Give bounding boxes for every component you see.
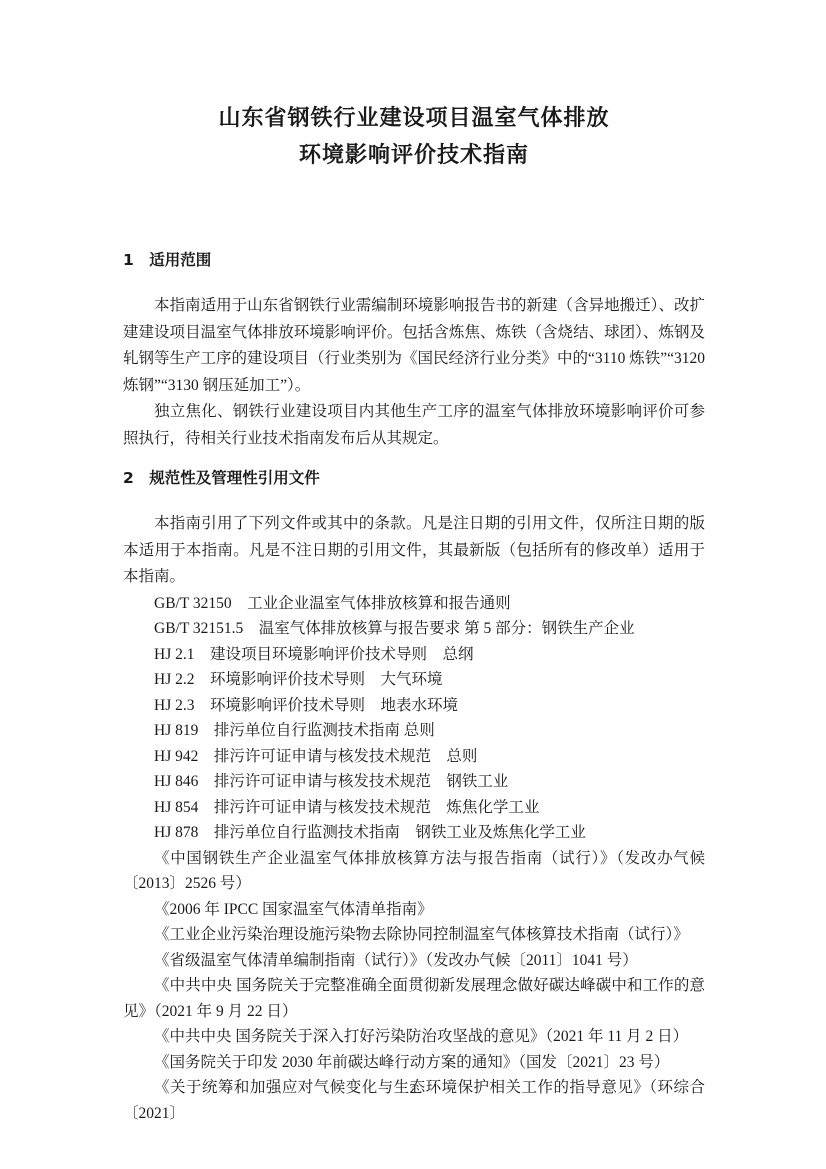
reference-item: 《中共中央 国务院关于完整准确全面贯彻新发展理念做好碳达峰碳中和工作的意见》（2… <box>123 973 705 1024</box>
section-1-paragraph-1: 本指南适用于山东省钢铁行业需编制环境影响报告书的新建（含异地搬迁）、改扩建建设项… <box>123 293 705 399</box>
reference-item: 《工业企业污染治理设施污染物去除协同控制温室气体核算技术指南（试行）》 <box>123 922 705 948</box>
reference-item: HJ 2.1 建设项目环境影响评价技术导则 总纲 <box>123 642 705 668</box>
page-number: 2 <box>0 1081 826 1099</box>
section-2-intro: 本指南引用了下列文件或其中的条款。凡是注日期的引用文件，仅所注日期的版本适用于本… <box>123 511 705 591</box>
reference-item: HJ 846 排污许可证申请与核发技术规范 钢铁工业 <box>123 769 705 795</box>
reference-item: 《中国钢铁生产企业温室气体排放核算方法与报告指南（试行）》（发改办气候〔2013… <box>123 846 705 897</box>
document-title-line1: 山东省钢铁行业建设项目温室气体排放 <box>123 100 705 137</box>
reference-item: HJ 942 排污许可证申请与核发技术规范 总则 <box>123 744 705 770</box>
section-1-paragraph-2: 独立焦化、钢铁行业建设项目内其他生产工序的温室气体排放环境影响评价可参照执行，待… <box>123 399 705 452</box>
document-title: 山东省钢铁行业建设项目温室气体排放 环境影响评价技术指南 <box>123 100 705 174</box>
document-page: 山东省钢铁行业建设项目温室气体排放 环境影响评价技术指南 1 适用范围 本指南适… <box>0 0 826 1169</box>
section-2-heading: 2 规范性及管理性引用文件 <box>123 468 705 489</box>
reference-item: HJ 2.2 环境影响评价技术导则 大气环境 <box>123 667 705 693</box>
reference-item: HJ 878 排污单位自行监测技术指南 钢铁工业及炼焦化学工业 <box>123 820 705 846</box>
reference-item: 《省级温室气体清单编制指南（试行）》（发改办气候〔2011〕1041 号） <box>123 948 705 974</box>
reference-item: 《中共中央 国务院关于深入打好污染防治攻坚战的意见》（2021 年 11 月 2… <box>123 1024 705 1050</box>
reference-item: 《2006 年 IPCC 国家温室气体清单指南》 <box>123 897 705 923</box>
document-title-line2: 环境影响评价技术指南 <box>123 137 705 174</box>
reference-item: GB/T 32151.5 温室气体排放核算与报告要求 第 5 部分：钢铁生产企业 <box>123 616 705 642</box>
reference-item: HJ 819 排污单位自行监测技术指南 总则 <box>123 718 705 744</box>
reference-item: 《国务院关于印发 2030 年前碳达峰行动方案的通知》（国发〔2021〕23 号… <box>123 1050 705 1076</box>
reference-item: GB/T 32150 工业企业温室气体排放核算和报告通则 <box>123 591 705 617</box>
section-1-heading: 1 适用范围 <box>123 250 705 271</box>
reference-item: HJ 2.3 环境影响评价技术导则 地表水环境 <box>123 693 705 719</box>
reference-item: HJ 854 排污许可证申请与核发技术规范 炼焦化学工业 <box>123 795 705 821</box>
page-content: 山东省钢铁行业建设项目温室气体排放 环境影响评价技术指南 1 适用范围 本指南适… <box>0 100 826 1126</box>
